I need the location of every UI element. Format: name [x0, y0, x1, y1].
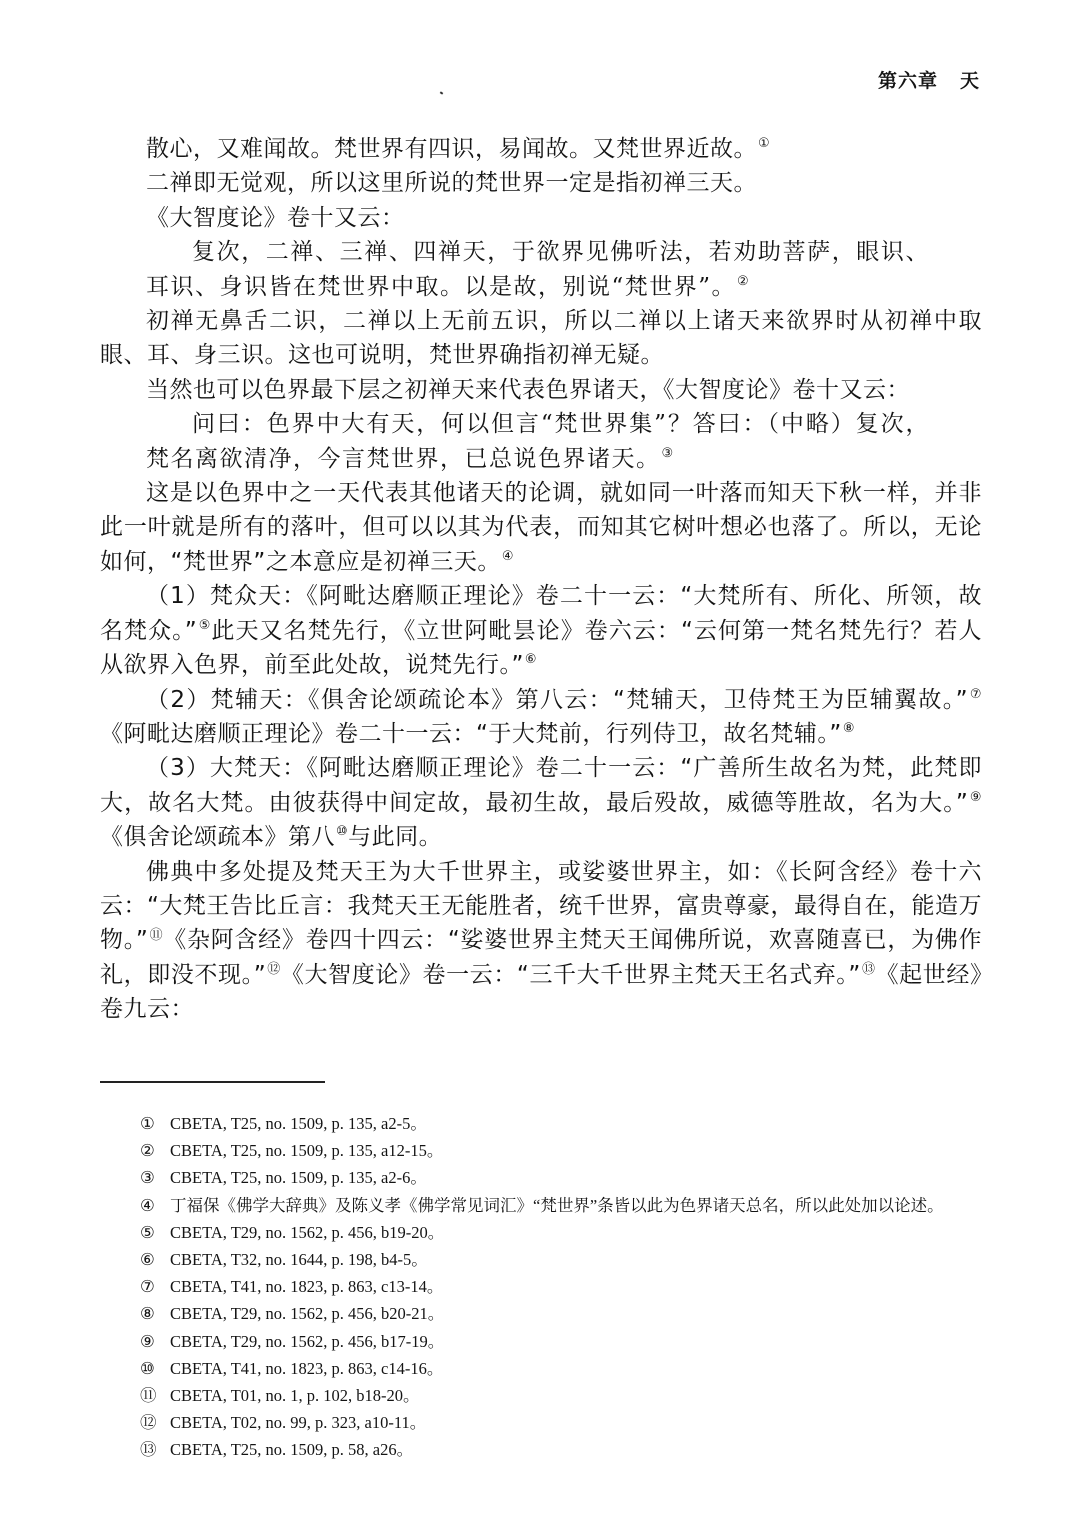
- footnote-item: ⑨CBETA, T29, no. 1562, p. 456, b17-19。: [100, 1328, 982, 1355]
- footnote-number: ①: [140, 1110, 170, 1137]
- paragraph: 二禅即无觉观，所以这里所说的梵世界一定是指初禅三天。: [100, 166, 982, 200]
- paragraph-fan-tian-wang: 佛典中多处提及梵天王为大千世界主，或娑婆世界主，如：《长阿含经》卷十六云：“大梵…: [100, 855, 982, 1027]
- footnote-separator: [100, 1081, 325, 1083]
- paragraph: 这是以色界中之一天代表其他诸天的论调，就如同一叶落而知天下秋一样，并非此一叶就是…: [100, 476, 982, 579]
- footnote-number: ④: [140, 1192, 170, 1219]
- footnote-item: ⑧CBETA, T29, no. 1562, p. 456, b20-21。: [100, 1300, 982, 1327]
- footnote-item: ⑦CBETA, T41, no. 1823, p. 863, c13-14。: [100, 1273, 982, 1300]
- footnote-item: ⑩CBETA, T41, no. 1823, p. 863, c14-16。: [100, 1355, 982, 1382]
- footnote-item: ⑥CBETA, T32, no. 1644, p. 198, b4-5。: [100, 1246, 982, 1273]
- footnote-item: ①CBETA, T25, no. 1509, p. 135, a2-5。: [100, 1110, 982, 1137]
- footnote-ref[interactable]: ⑥: [525, 652, 537, 667]
- paragraph-da-fan-tian: （3）大梵天：《阿毗达磨顺正理论》卷二十一云：“广善所生故名为梵，此梵即大，故名…: [100, 751, 982, 854]
- footnote-number: ⑦: [140, 1273, 170, 1300]
- footnote-number: ⑤: [140, 1219, 170, 1246]
- footnotes: ①CBETA, T25, no. 1509, p. 135, a2-5。 ②CB…: [100, 1110, 982, 1464]
- footnote-number: ⑧: [140, 1300, 170, 1327]
- paragraph-fan-fu-tian: （2）梵辅天：《俱舍论颂疏论本》第八云：“梵辅天，卫侍梵王为臣辅翼故。”⑦《阿毗…: [100, 683, 982, 752]
- footnote-ref[interactable]: ⑧: [843, 721, 855, 736]
- footnote-number: ⑥: [140, 1246, 170, 1273]
- scan-speck: [440, 91, 444, 94]
- block-quote: 问曰：色界中大有天，何以但言“梵世界集”？答曰：（中略）复次，梵名离欲清净，今言…: [54, 407, 982, 476]
- chapter-label: 第六章: [878, 70, 938, 92]
- footnote-number: ⑫: [140, 1409, 170, 1436]
- footnote-number: ⑩: [140, 1355, 170, 1382]
- footnote-item: ⑫CBETA, T02, no. 99, p. 323, a10-11。: [100, 1409, 982, 1436]
- paragraph: 当然也可以色界最下层之初禅天来代表色界诸天，《大智度论》卷十又云：: [100, 373, 982, 407]
- footnote-item: ⑪CBETA, T01, no. 1, p. 102, b18-20。: [100, 1382, 982, 1409]
- footnote-item: ④丁福保《佛学大辞典》及陈义孝《佛学常见词汇》“梵世界”条皆以此为色界诸天总名，…: [100, 1192, 982, 1219]
- footnote-ref[interactable]: ①: [758, 136, 770, 151]
- footnote-ref[interactable]: ⑫: [267, 962, 281, 977]
- paragraph: 《大智度论》卷十又云：: [100, 201, 982, 235]
- paragraph-continuation: 散心，又难闻故。梵世界有四识，易闻故。又梵世界近故。①: [100, 132, 982, 166]
- footnote-ref[interactable]: ⑤: [198, 618, 211, 633]
- main-body: 散心，又难闻故。梵世界有四识，易闻故。又梵世界近故。① 二禅即无觉观，所以这里所…: [100, 132, 982, 1027]
- footnote-ref[interactable]: ④: [502, 549, 514, 564]
- footnote-ref[interactable]: ②: [737, 274, 750, 289]
- footnote-ref[interactable]: ⑩: [336, 824, 348, 839]
- footnote-number: ③: [140, 1164, 170, 1191]
- footnote-item: ③CBETA, T25, no. 1509, p. 135, a2-6。: [100, 1164, 982, 1191]
- footnote-item: ⑤CBETA, T29, no. 1562, p. 456, b19-20。: [100, 1219, 982, 1246]
- footnote-number: ②: [140, 1137, 170, 1164]
- footnote-ref[interactable]: ⑪: [149, 928, 163, 943]
- footnote-ref[interactable]: ⑬: [862, 962, 876, 977]
- running-header: 第六章天: [878, 66, 980, 93]
- footnote-ref[interactable]: ⑨: [969, 790, 982, 805]
- footnote-number: ⑪: [140, 1382, 170, 1409]
- paragraph-fan-zhong-tian: （1）梵众天：《阿毗达磨顺正理论》卷二十一云：“大梵所有、所化、所领，故名梵众。…: [100, 579, 982, 682]
- paragraph: 初禅无鼻舌二识，二禅以上无前五识，所以二禅以上诸天来欲界时从初禅中取眼、耳、身三…: [100, 304, 982, 373]
- footnote-ref[interactable]: ⑦: [969, 687, 982, 702]
- footnote-ref[interactable]: ③: [662, 446, 675, 461]
- footnote-number: ⑨: [140, 1328, 170, 1355]
- block-quote: 复次，二禅、三禅、四禅天，于欲界见佛听法，若劝助菩萨，眼识、耳识、身识皆在梵世界…: [54, 235, 982, 304]
- footnote-item: ⑬CBETA, T25, no. 1509, p. 58, a26。: [100, 1436, 982, 1463]
- chapter-title: 天: [960, 70, 980, 92]
- footnote-item: ②CBETA, T25, no. 1509, p. 135, a12-15。: [100, 1137, 982, 1164]
- footnote-number: ⑬: [140, 1436, 170, 1463]
